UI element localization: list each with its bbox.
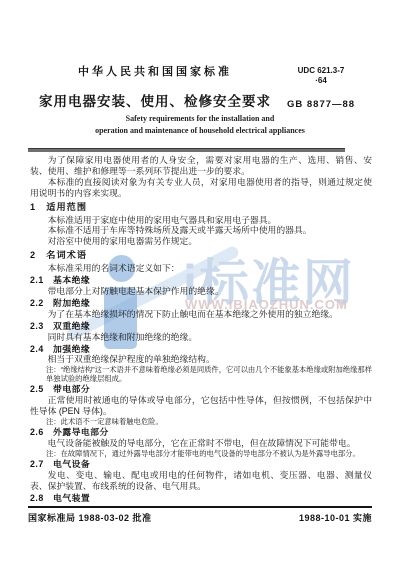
standard-document-page: i标准网 WWW.IBIAOZHUN.COM 中华人民共和国国家标准 UDC 6… xyxy=(0,0,400,565)
term-2-6-heading: 2.6 外露导电部分 xyxy=(30,427,372,438)
term-2-8-heading: 2.8 电气装置 xyxy=(30,493,372,504)
term-2-5-heading: 2.5 带电部分 xyxy=(30,384,372,395)
approval-authority-date: 国家标准局 1988-03-02 批准 xyxy=(28,511,152,524)
term-2-5-note: 注：此术语不一定意味着触电危险。 xyxy=(46,417,372,426)
section-1-paragraph-2: 本标准不适用于车库等特殊场所及露天或半露天场所中使用的器具。 xyxy=(30,225,372,236)
term-2-6-definition: 电气设备能被触及的导电部分，它在正常时不带电，但在故障情况下可能带电。 xyxy=(30,438,372,449)
section-1-heading: 1 适用范围 xyxy=(30,202,372,213)
term-2-2-heading: 2.2 附加绝缘 xyxy=(30,298,372,309)
term-2-7-heading: 2.7 电气设备 xyxy=(30,459,372,470)
implementation-date: 1988-10-01 实施 xyxy=(299,511,372,524)
term-2-4-heading: 2.4 加强绝缘 xyxy=(30,344,372,355)
footer-divider-rule xyxy=(28,506,372,508)
english-subtitle-line2: operation and maintenance of household e… xyxy=(0,126,400,135)
term-2-3-definition: 同时具有基本绝缘和附加绝缘的绝缘。 xyxy=(30,332,372,343)
udc-classification-code: UDC 621.3-7 ·64 xyxy=(286,66,356,86)
national-standard-org-title: 中华人民共和国国家标准 xyxy=(30,63,280,79)
footer: 国家标准局 1988-03-02 批准 1988-10-01 实施 xyxy=(28,511,372,524)
term-2-6-note: 注：在故障情况下，通过外露导电部分才能带电的电气设备的导电部分不被认为是外露导电… xyxy=(46,449,372,458)
document-body: 为了保障家用电器使用者的人身安全，需要对家用电器的生产、选用、销售、安装、使用、… xyxy=(30,155,372,503)
udc-code-line1: UDC 621.3-7 xyxy=(286,66,356,76)
header-divider-rule xyxy=(28,148,345,152)
term-2-7-definition: 发电、变电、输电、配电或用电的任何物件，诸如电机、变压器、电器、测量仪表、保护装… xyxy=(30,470,372,492)
udc-code-line2: ·64 xyxy=(286,76,356,86)
section-1-paragraph-1: 本标准适用于家庭中使用的家用电气器具和家用电子器具。 xyxy=(30,215,372,226)
term-2-1-heading: 2.1 基本绝缘 xyxy=(30,275,372,286)
document-title: 家用电器安装、使用、检修安全要求 xyxy=(28,90,282,110)
intro-paragraph-2: 本标准的直接阅读对象为有关专业人员，对家用电器使用者的指导，则通过规定使用说明书… xyxy=(30,177,372,199)
term-2-3-heading: 2.3 双重绝缘 xyxy=(30,321,372,332)
term-2-4-definition: 相当于双重绝缘保护程度的单独绝缘结构。 xyxy=(30,354,372,365)
term-2-4-note: 注：“绝缘结构”这一术语并不意味着绝缘必须是同质件，它可以由几个不能象基本绝缘或… xyxy=(46,365,372,383)
english-subtitle-line1: Safety requirements for the installation… xyxy=(0,114,400,123)
section-1-paragraph-3: 对浴室中使用的家用电器需另作规定。 xyxy=(30,236,372,247)
section-2-intro: 本标准采用的名词术语定义如下： xyxy=(30,263,372,274)
intro-paragraph-1: 为了保障家用电器使用者的人身安全，需要对家用电器的生产、选用、销售、安装、使用、… xyxy=(30,155,372,177)
standard-number: GB 8877—88 xyxy=(287,99,355,110)
term-2-2-definition: 为了在基本绝缘损坏的情况下防止触电而在基本绝缘之外使用的独立绝缘。 xyxy=(30,309,372,320)
term-2-5-definition: 正常使用时被通电的导体或导电部分，它包括中性导体，但按惯例，不包括保护中性导体 … xyxy=(30,395,372,417)
term-2-1-definition: 带电部分上对防触电起基本保护作用的绝缘。 xyxy=(30,286,372,297)
section-2-heading: 2 名词术语 xyxy=(30,250,372,261)
